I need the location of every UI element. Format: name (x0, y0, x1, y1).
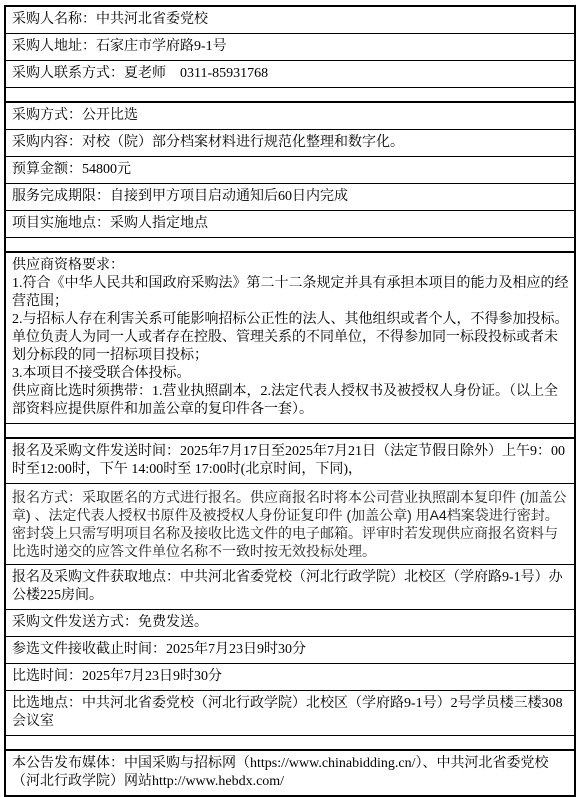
publication-media-row: 本公告发布媒体：中国采购与招标网（https://www.chinabiddin… (6, 751, 574, 783)
procurement-announcement-table: 采购人名称：中共河北省委党校采购人地址：石家庄市学府路9-1号采购人联系方式：夏… (4, 5, 576, 783)
section-gap (6, 424, 574, 439)
section-gap (6, 88, 574, 103)
budget-row: 预算金额：54800元 (6, 157, 574, 184)
purchaser-address-row: 采购人地址：石家庄市学府路9-1号 (6, 34, 574, 61)
procurement-method-row: 采购方式：公开比选 (6, 103, 574, 130)
purchaser-name-row: 采购人名称：中共河北省委党校 (6, 7, 574, 34)
bid-comparison-time-row: 比选时间：2025年7月23日9时30分 (6, 664, 574, 691)
purchaser-contact-row: 采购人联系方式：夏老师 0311-85931768 (6, 61, 574, 88)
procurement-content-row: 采购内容：对校（院）部分档案材料进行规范化整理和数字化。 (6, 130, 574, 157)
document-pickup-location-row: 报名及采购文件获取地点：中共河北省委党校（河北行政学院）北校区（学府路9-1号）… (6, 565, 574, 610)
section-gap (6, 238, 574, 253)
registration-time-row: 报名及采购文件发送时间：2025年7月17日至2025年7月21日（法定节假日除… (6, 439, 574, 484)
bid-comparison-location-row: 比选地点：中共河北省委党校（河北行政学院）北校区（学府路9-1号）2号学员楼三楼… (6, 691, 574, 736)
service-deadline-row: 服务完成期限：自接到甲方项目启动通知后60日内完成 (6, 184, 574, 211)
supplier-qualification-row: 供应商资格要求： 1.符合《中华人民共和国政府采购法》第二十二条规定并具有承担本… (6, 253, 574, 424)
submission-deadline-row: 参选文件接收截止时间：2025年7月23日9时30分 (6, 637, 574, 664)
document-delivery-method-row: 采购文件发送方式：免费发送。 (6, 610, 574, 637)
section-gap (6, 736, 574, 751)
registration-method-row: 报名方式：采取匿名的方式进行报名。供应商报名时将本公司营业执照副本复印件 (加盖… (6, 484, 574, 565)
project-location-row: 项目实施地点：采购人指定地点 (6, 211, 574, 238)
